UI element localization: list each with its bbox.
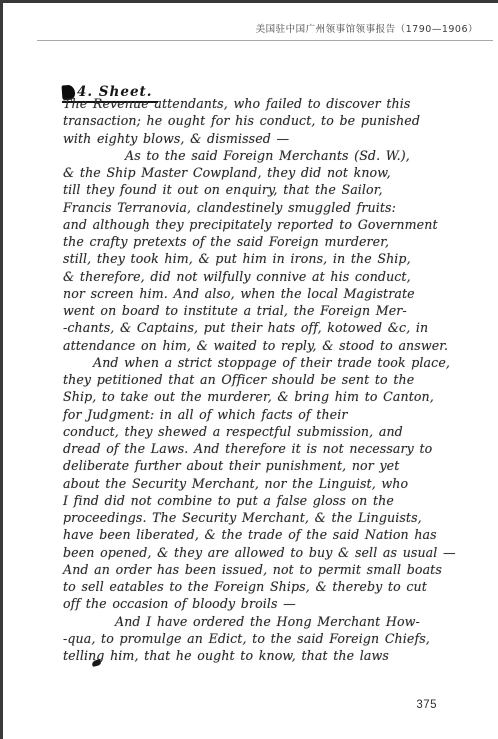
manuscript-body: The Revenue attendants, who failed to di…: [63, 95, 445, 664]
manuscript-line: have been liberated, & the trade of the …: [63, 526, 445, 543]
manuscript-line: till they found it out on enquiry, that …: [63, 181, 445, 198]
running-header-title: 美国驻中国广州领事馆领事报告（1790—1906）: [256, 21, 478, 35]
manuscript-line: I find did not combine to put a false gl…: [63, 492, 445, 509]
manuscript-line: As to the said Foreign Merchants (Sd. W.…: [63, 147, 445, 164]
folio-page-number: 375: [416, 699, 437, 711]
manuscript-line: for Judgment: in all of which facts of t…: [63, 406, 445, 423]
manuscript-line: -chants, & Captains, put their hats off,…: [63, 319, 445, 336]
scanned-book-page: 美国驻中国广州领事馆领事报告（1790—1906） 4. Sheet. The …: [0, 0, 498, 739]
manuscript-line: deliberate further about their punishmen…: [63, 457, 445, 474]
manuscript-line: & the Ship Master Cowpland, they did not…: [63, 164, 445, 181]
manuscript-line: with eighty blows, & dismissed —: [63, 130, 445, 147]
manuscript-line: dread of the Laws. And therefore it is n…: [63, 440, 445, 457]
manuscript-line: proceedings. The Security Merchant, & th…: [63, 509, 445, 526]
manuscript-line: conduct, they shewed a respectful submis…: [63, 423, 445, 440]
manuscript-line: Ship, to take out the murderer, & bring …: [63, 388, 445, 405]
manuscript-line: went on board to institute a trial, the …: [63, 302, 445, 319]
manuscript-line: and although they precipitately reported…: [63, 216, 445, 233]
page-edge-top: [0, 0, 498, 3]
page-edge-left: [0, 0, 3, 739]
manuscript-line: The Revenue attendants, who failed to di…: [63, 95, 445, 112]
manuscript-line: telling him, that he ought to know, that…: [63, 647, 445, 664]
header-rule: [37, 40, 493, 41]
manuscript-line: transaction; he ought for his conduct, t…: [63, 112, 445, 129]
manuscript-line: been opened, & they are allowed to buy &…: [63, 544, 445, 561]
manuscript-line: still, they took him, & put him in irons…: [63, 250, 445, 267]
manuscript-line: attendance on him, & waited to reply, & …: [63, 337, 445, 354]
ink-smudge-icon: [91, 659, 101, 667]
manuscript-line: -qua, to promulge an Edict, to the said …: [63, 630, 445, 647]
manuscript-line: they petitioned that an Officer should b…: [63, 371, 445, 388]
manuscript-line: to sell eatables to the Foreign Ships, &…: [63, 578, 445, 595]
manuscript-line: about the Security Merchant, nor the Lin…: [63, 475, 445, 492]
manuscript-line: off the occasion of bloody broils —: [63, 595, 445, 612]
manuscript-line: And when a strict stoppage of their trad…: [63, 354, 445, 371]
manuscript-line: & therefore, did not wilfully connive at…: [63, 268, 445, 285]
manuscript-line: Francis Terranovia, clandestinely smuggl…: [63, 199, 445, 216]
manuscript-line: And I have ordered the Hong Merchant How…: [63, 613, 445, 630]
manuscript-line: the crafty pretexts of the said Foreign …: [63, 233, 445, 250]
manuscript-line: And an order has been issued, not to per…: [63, 561, 445, 578]
manuscript-line: nor screen him. And also, when the local…: [63, 285, 445, 302]
